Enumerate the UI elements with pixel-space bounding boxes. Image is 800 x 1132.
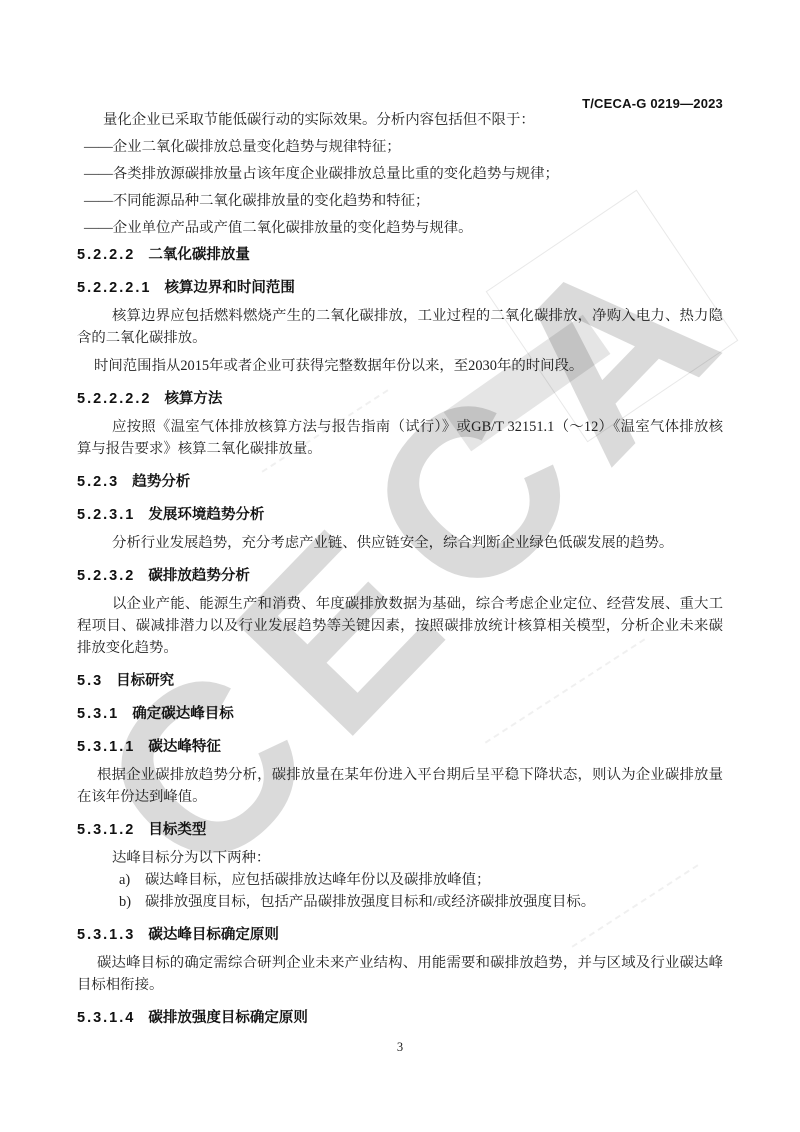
paragraph-accounting-method: 应按照《温室气体排放核算方法与报告指南（试行）》或GB/T 32151.1（～1… bbox=[77, 416, 723, 460]
section-number: 5.2.2.2 bbox=[77, 247, 135, 263]
paragraph-emission-trend: 以企业产能、能源生产和消费、年度碳排放数据为基础，综合考虑企业定位、经营发展、重… bbox=[77, 593, 723, 659]
section-heading-5-2-3-1: 5.2.3.1发展环境趋势分析 bbox=[77, 504, 723, 526]
standard-document-page: CECA T/CECA-G 0219—2023 量化企业已采取节能低碳行动的实际… bbox=[0, 0, 800, 1132]
section-number: 5.3.1.3 bbox=[77, 927, 135, 943]
paragraph-goal-types-intro: 达峰目标分为以下两种： bbox=[77, 847, 723, 869]
section-heading-5-2-2-2: 5.2.2.2二氧化碳排放量 bbox=[77, 244, 723, 266]
section-title: 目标研究 bbox=[116, 673, 174, 689]
page-number: 3 bbox=[0, 1040, 800, 1055]
list-marker: b) bbox=[119, 891, 135, 913]
section-number: 5.2.3.1 bbox=[77, 507, 135, 523]
section-title: 二氧化碳排放量 bbox=[148, 247, 250, 263]
section-title: 发展环境趋势分析 bbox=[148, 507, 264, 523]
dash-list-item: ——企业单位产品或产值二氧化碳排放量的变化趋势与规律。 bbox=[77, 215, 723, 242]
section-heading-5-3-1-3: 5.3.1.3碳达峰目标确定原则 bbox=[77, 924, 723, 946]
paragraph-peak-goal-principle: 碳达峰目标的确定需综合研判企业未来产业结构、用能需要和碳排放趋势，并与区域及行业… bbox=[77, 952, 723, 996]
section-title: 核算边界和时间范围 bbox=[164, 280, 295, 296]
dash-list-item: ——不同能源品种二氧化碳排放量的变化趋势和特征； bbox=[77, 188, 723, 215]
section-number: 5.2.2.2.2 bbox=[77, 391, 151, 407]
section-number: 5.2.3 bbox=[77, 474, 119, 490]
section-number: 5.3.1.4 bbox=[77, 1010, 135, 1026]
section-title: 目标类型 bbox=[148, 822, 206, 838]
section-number: 5.3.1 bbox=[77, 706, 119, 722]
section-number: 5.2.3.2 bbox=[77, 568, 135, 584]
section-heading-5-2-3: 5.2.3趋势分析 bbox=[77, 471, 723, 493]
section-number: 5.3 bbox=[77, 673, 103, 689]
paragraph-time-range: 时间范围指从2015年或者企业可获得完整数据年份以来，至2030年的时间段。 bbox=[77, 355, 723, 377]
standard-code-header: T/CECA-G 0219—2023 bbox=[582, 96, 723, 111]
section-title: 趋势分析 bbox=[132, 474, 190, 490]
section-number: 5.3.1.1 bbox=[77, 739, 135, 755]
section-heading-5-2-2-2-1: 5.2.2.2.1核算边界和时间范围 bbox=[77, 277, 723, 299]
section-heading-5-2-3-2: 5.2.3.2碳排放趋势分析 bbox=[77, 565, 723, 587]
section-title: 确定碳达峰目标 bbox=[132, 706, 234, 722]
paragraph-peak-feature: 根据企业碳排放趋势分析，碳排放量在某年份进入平台期后呈平稳下降状态，则认为企业碳… bbox=[77, 764, 723, 808]
goal-type-item-b: b)碳排放强度目标，包括产品碳排放强度目标和/或经济碳排放强度目标。 bbox=[77, 891, 723, 913]
dash-list-item: ——企业二氧化碳排放总量变化趋势与规律特征； bbox=[77, 134, 723, 161]
document-body: 量化企业已采取节能低碳行动的实际效果。分析内容包括但不限于： ——企业二氧化碳排… bbox=[77, 107, 723, 1029]
goal-type-item-a: a)碳达峰目标，应包括碳排放达峰年份以及碳排放峰值； bbox=[77, 869, 723, 891]
list-marker: a) bbox=[119, 869, 135, 891]
section-heading-5-3-1-4: 5.3.1.4碳排放强度目标确定原则 bbox=[77, 1007, 723, 1029]
section-heading-5-3: 5.3目标研究 bbox=[77, 670, 723, 692]
paragraph-accounting-boundary: 核算边界应包括燃料燃烧产生的二氧化碳排放，工业过程的二氧化碳排放，净购入电力、热… bbox=[77, 305, 723, 349]
analysis-scope-block: 量化企业已采取节能低碳行动的实际效果。分析内容包括但不限于： ——企业二氧化碳排… bbox=[77, 107, 723, 242]
section-heading-5-2-2-2-2: 5.2.2.2.2核算方法 bbox=[77, 388, 723, 410]
section-heading-5-3-1-1: 5.3.1.1碳达峰特征 bbox=[77, 736, 723, 758]
list-text: 碳排放强度目标，包括产品碳排放强度目标和/或经济碳排放强度目标。 bbox=[145, 894, 595, 910]
section-title: 碳达峰特征 bbox=[148, 739, 221, 755]
intro-paragraph: 量化企业已采取节能低碳行动的实际效果。分析内容包括但不限于： bbox=[77, 107, 723, 134]
paragraph-environment-trend: 分析行业发展趋势，充分考虑产业链、供应链安全，综合判断企业绿色低碳发展的趋势。 bbox=[77, 532, 723, 554]
section-heading-5-3-1-2: 5.3.1.2目标类型 bbox=[77, 819, 723, 841]
section-title: 核算方法 bbox=[164, 391, 222, 407]
section-title: 碳排放强度目标确定原则 bbox=[148, 1010, 308, 1026]
section-number: 5.3.1.2 bbox=[77, 822, 135, 838]
list-text: 碳达峰目标，应包括碳排放达峰年份以及碳排放峰值； bbox=[145, 872, 490, 888]
section-heading-5-3-1: 5.3.1确定碳达峰目标 bbox=[77, 703, 723, 725]
section-number: 5.2.2.2.1 bbox=[77, 280, 151, 296]
section-title: 碳达峰目标确定原则 bbox=[148, 927, 279, 943]
dash-list-item: ——各类排放源碳排放量占该年度企业碳排放总量比重的变化趋势与规律； bbox=[77, 161, 723, 188]
section-title: 碳排放趋势分析 bbox=[148, 568, 250, 584]
